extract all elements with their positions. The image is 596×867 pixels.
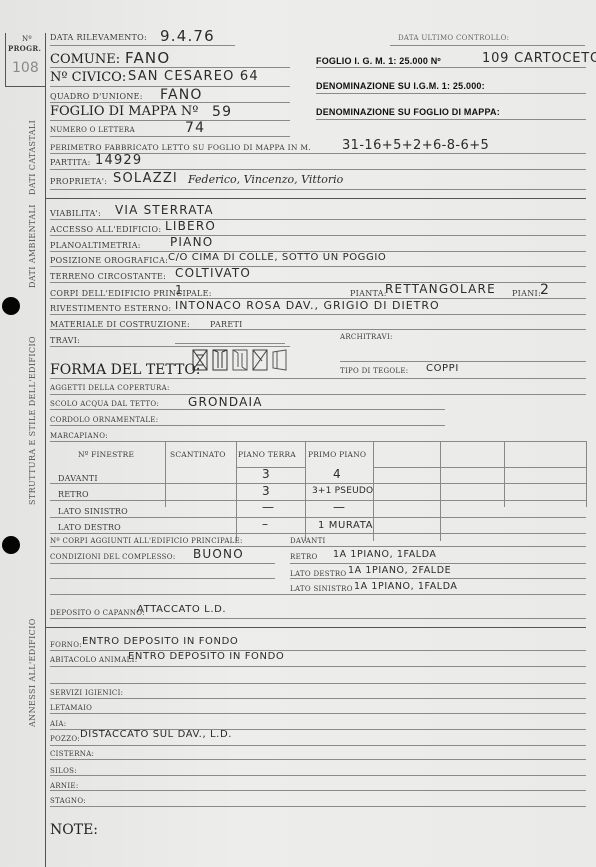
rule [50, 790, 586, 791]
scantinato-header: SCANTINATO [170, 450, 226, 459]
partita-value[interactable]: 14929 [95, 153, 142, 168]
side-label-dati-catastali: DATI CATASTALI [28, 120, 37, 195]
table-col-rule [504, 441, 505, 507]
cell-primo-piano[interactable]: 4 [333, 467, 342, 481]
travi-label: TRAVI: [50, 336, 80, 345]
viabilita-value[interactable]: VIA STERRATA [115, 203, 214, 217]
deposito-label: DEPOSITO o CAPANNO: [50, 609, 145, 617]
rule [50, 775, 586, 776]
rule [316, 119, 586, 120]
table-col-rule [305, 441, 306, 541]
viabilita-label: VIABILITA': [50, 209, 101, 218]
rule [50, 759, 586, 760]
rule [50, 329, 586, 330]
pianta-value[interactable]: RETTANGOLARE [385, 282, 496, 296]
rivestimento-value[interactable]: INTONACO ROSA DAV., GRIGIO DI DIETRO [175, 299, 440, 312]
note-field[interactable] [110, 818, 580, 858]
roof-capanna-inversa-icon[interactable] [232, 349, 248, 371]
foglio-mappa-label: FOGLIO DI MAPPA Nº [50, 104, 198, 119]
roof-padiglione-icon-checked[interactable] [192, 349, 208, 371]
rivestimento-label: RIVESTIMENTO ESTERNO: [50, 304, 171, 313]
condizioni-label: CONDIZIONI DEL COMPLESSO: [50, 553, 175, 561]
accesso-value[interactable]: LIBERO [165, 219, 216, 233]
punch-hole-top [2, 297, 20, 315]
progr-label-no: Nº [22, 35, 32, 43]
proprieta-value-names[interactable]: Federico, Vincenzo, Vittorio [188, 173, 343, 186]
row-side-label: RETRO [58, 490, 89, 499]
letamaio-label: LETAMAIO [50, 704, 92, 712]
rule [50, 378, 586, 379]
table-col-rule [236, 441, 237, 541]
rule [50, 533, 586, 534]
rule [316, 93, 586, 94]
cell-piano-terra[interactable]: – [262, 517, 269, 531]
tegole-value[interactable]: COPPI [426, 363, 459, 374]
scolo-value[interactable]: GRONDAIA [188, 395, 263, 409]
rule [50, 806, 586, 807]
rule [50, 500, 586, 501]
rule [50, 666, 586, 667]
numero-lettera-value[interactable]: 74 [185, 120, 205, 136]
table-col-rule [440, 441, 441, 541]
rule [50, 282, 586, 283]
roof-una-falda-icon[interactable] [272, 349, 288, 371]
foglio-mappa-value[interactable]: 59 [212, 104, 232, 120]
rule [50, 45, 235, 46]
table-col-rule [165, 441, 166, 507]
row-side-label: LATO SINISTRO [58, 507, 128, 516]
pozzo-value[interactable]: DISTACCATO SUL DAV., L.D. [80, 729, 232, 740]
piano-terra-header: PIANO TERRA [238, 450, 296, 459]
denominazione-igm-label: DENOMINAZIONE SU I.G.M. 1: 25.000: [316, 81, 485, 91]
rule [290, 563, 586, 564]
rule [50, 266, 586, 267]
rule [50, 546, 586, 547]
silos-label: SILOS: [50, 767, 77, 775]
section-divider [45, 627, 586, 628]
data-rilevamento-label: DATA RILEVAMENTO: [50, 33, 147, 42]
rule [50, 698, 586, 699]
partita-label: PARTITA: [50, 158, 91, 167]
aggiunti-lato-destro-value[interactable]: 1A 1PIANO, 2FALDE [348, 565, 451, 576]
denominazione-mappa-label: DENOMINAZIONE SU FOGLIO DI MAPPA: [316, 107, 500, 117]
punch-hole-bottom [2, 536, 20, 554]
side-label-dati-ambientali: DATI AMBIENTALI [28, 204, 37, 288]
cell-primo-piano[interactable]: 3+1 PSEUDO [312, 486, 373, 496]
rule [50, 594, 586, 595]
rule [50, 314, 586, 315]
aggiunti-lato-sinistro-value[interactable]: 1A 1PIANO, 1FALDA [354, 581, 458, 592]
data-rilevamento-value[interactable]: 9.4.76 [160, 27, 215, 45]
condizioni-value[interactable]: BUONO [193, 547, 244, 561]
comune-label: COMUNE: [50, 52, 120, 67]
rule [50, 683, 586, 684]
rule [50, 618, 586, 619]
cell-primo-piano[interactable]: 1 MURATA [318, 520, 373, 531]
rule [290, 578, 586, 579]
survey-form-sheet: Nº PROGR. 108 DATI CATASTALI DATI AMBIEN… [0, 0, 596, 867]
aggiunti-lato-destro-label: LATO DESTRO [290, 570, 346, 578]
posizione-value[interactable]: C/O CIMA DI COLLE, SOTTO UN POGGIO [168, 252, 386, 263]
rule [50, 745, 586, 746]
rule [50, 425, 445, 426]
progr-box-left-border [5, 33, 6, 86]
arnie-label: ARNIE: [50, 782, 78, 790]
rule [50, 219, 586, 220]
cell-piano-terra[interactable]: 3 [262, 484, 271, 498]
primo-piano-header: PRIMO PIANO [308, 450, 366, 459]
deposito-value[interactable]: ATTACCATO L.D. [137, 604, 226, 615]
table-col-rule [586, 441, 587, 507]
rule [50, 713, 586, 714]
corpi-label: CORPI DELL'EDIFICIO PRINCIPALE: [50, 289, 212, 298]
cisterna-label: CISTERNA: [50, 750, 94, 758]
foglio-igm-value[interactable]: 109 CARTOCETO [482, 51, 596, 66]
rule [50, 102, 290, 103]
aggiunti-retro-value[interactable]: 1A 1PIANO, 1FALDA [333, 549, 437, 560]
roof-falda-diagonale-icon[interactable] [252, 349, 268, 371]
rule [316, 67, 586, 68]
planoaltimetria-label: PLANOALTIMETRIA: [50, 241, 141, 250]
data-ultimo-controllo-label: DATA ULTIMO CONTROLLO: [398, 34, 509, 42]
piani-label: PIANI: [512, 289, 541, 298]
cell-piano-terra[interactable]: — [262, 500, 275, 514]
perimetro-label: PERIMETRO FABBRICATO LETTO SU FOGLIO DI … [50, 143, 311, 152]
rule [50, 409, 445, 410]
side-label-struttura: STRUTTURA E STILE DELL'EDIFICIO [28, 336, 37, 505]
corpi-aggiunti-label: Nº CORPI AGGIUNTI ALL'EDIFICIO PRINCIPAL… [50, 537, 243, 545]
rule [50, 517, 586, 518]
rule [50, 563, 275, 564]
planoaltimetria-value[interactable]: PIANO [170, 235, 213, 249]
materiale-value: PARETI [210, 320, 243, 329]
rule [236, 467, 306, 468]
roof-capanna-icon[interactable] [212, 349, 228, 371]
civico-value[interactable]: SAN CESAREO 64 [128, 69, 259, 84]
rule [50, 441, 586, 442]
terreno-label: TERRENO CIRCOSTANTE: [50, 272, 166, 281]
pianta-label: PIANTA: [350, 289, 387, 298]
left-margin-rule [45, 33, 46, 867]
tegole-label: TIPO DI TEGOLE: [340, 367, 408, 375]
finestre-header: Nº FINESTRE [78, 450, 134, 459]
posizione-label: POSIZIONE OROGRAFICA: [50, 256, 168, 265]
stagno-label: STAGNO: [50, 797, 86, 805]
materiale-label: MATERIALE DI COSTRUZIONE: [50, 320, 190, 329]
pozzo-label: POZZO: [50, 735, 80, 743]
rule [50, 235, 586, 236]
progr-label: PROGR. [8, 44, 41, 53]
civico-label: Nº CIVICO: [50, 70, 126, 85]
abitacolo-label: ABITACOLO ANIMALI: [50, 656, 137, 664]
comune-value[interactable]: FANO [125, 49, 170, 67]
quadro-unione-value[interactable]: FANO [160, 87, 203, 103]
progr-box-bottom-border [5, 86, 45, 87]
terreno-value[interactable]: COLTIVATO [175, 266, 251, 280]
perimetro-value[interactable]: 31-16+5+2+6-8-6+5 [342, 138, 489, 153]
row-side-label: LATO DESTRO [58, 523, 121, 532]
piani-value[interactable]: 2 [540, 282, 550, 298]
rule [175, 343, 285, 344]
forno-label: FORNO: [50, 641, 82, 649]
forma-tetto-label: FORMA DEL TETTO: [50, 362, 201, 378]
rule [50, 578, 275, 579]
proprieta-label: PROPRIETA': [50, 177, 107, 186]
rule [50, 189, 586, 190]
cell-piano-terra[interactable]: 3 [262, 467, 271, 481]
quadro-unione-label: QUADRO D'UNIONE: [50, 92, 143, 101]
section-divider [45, 198, 586, 199]
rule [50, 346, 290, 347]
rule [340, 361, 586, 362]
rule [50, 136, 290, 137]
foglio-igm-label: FOGLIO I. G. M. 1: 25.000 Nº [316, 56, 441, 66]
side-label-annessi: ANNESSI ALL'EDIFICIO [28, 618, 37, 727]
rule [50, 169, 586, 170]
servizi-label: SERVIZI IGIENICI: [50, 689, 123, 697]
aia-label: AIA: [50, 720, 66, 728]
rule [373, 467, 586, 468]
aggiunti-lato-sinistro-label: LATO SINISTRO [290, 585, 353, 593]
row-side-label: DAVANTI [58, 474, 98, 483]
forno-value[interactable]: ENTRO DEPOSITO IN FONDO [82, 636, 238, 647]
note-label: NOTE: [50, 822, 98, 838]
proprieta-value-surname[interactable]: SOLAZZI [113, 171, 178, 186]
cell-primo-piano[interactable]: — [333, 500, 346, 514]
cordolo-label: CORDOLO ORNAMENTALE: [50, 416, 158, 424]
aggetti-label: AGGETTI DELLA COPERTURA: [50, 384, 170, 392]
aggiunti-retro-label: RETRO [290, 553, 318, 561]
marcapiano-label: MARCAPIANO: [50, 432, 108, 440]
numero-lettera-label: NUMERO o LETTERA [50, 126, 135, 134]
rule [50, 483, 586, 484]
corpi-value[interactable]: 1 [175, 283, 184, 297]
accesso-label: ACCESSO ALL'EDIFICIO: [50, 225, 161, 234]
abitacolo-value[interactable]: ENTRO DEPOSITO IN FONDO [128, 651, 284, 662]
rule [50, 120, 290, 121]
architravi-label: ARCHITRAVI: [340, 333, 393, 341]
aggiunti-davanti-label: DAVANTI [290, 537, 326, 545]
progr-number: 108 [12, 60, 39, 76]
rule [390, 45, 585, 46]
rule [50, 67, 290, 68]
rule [50, 394, 586, 395]
scolo-label: SCOLO ACQUA DAL TETTO: [50, 400, 159, 408]
